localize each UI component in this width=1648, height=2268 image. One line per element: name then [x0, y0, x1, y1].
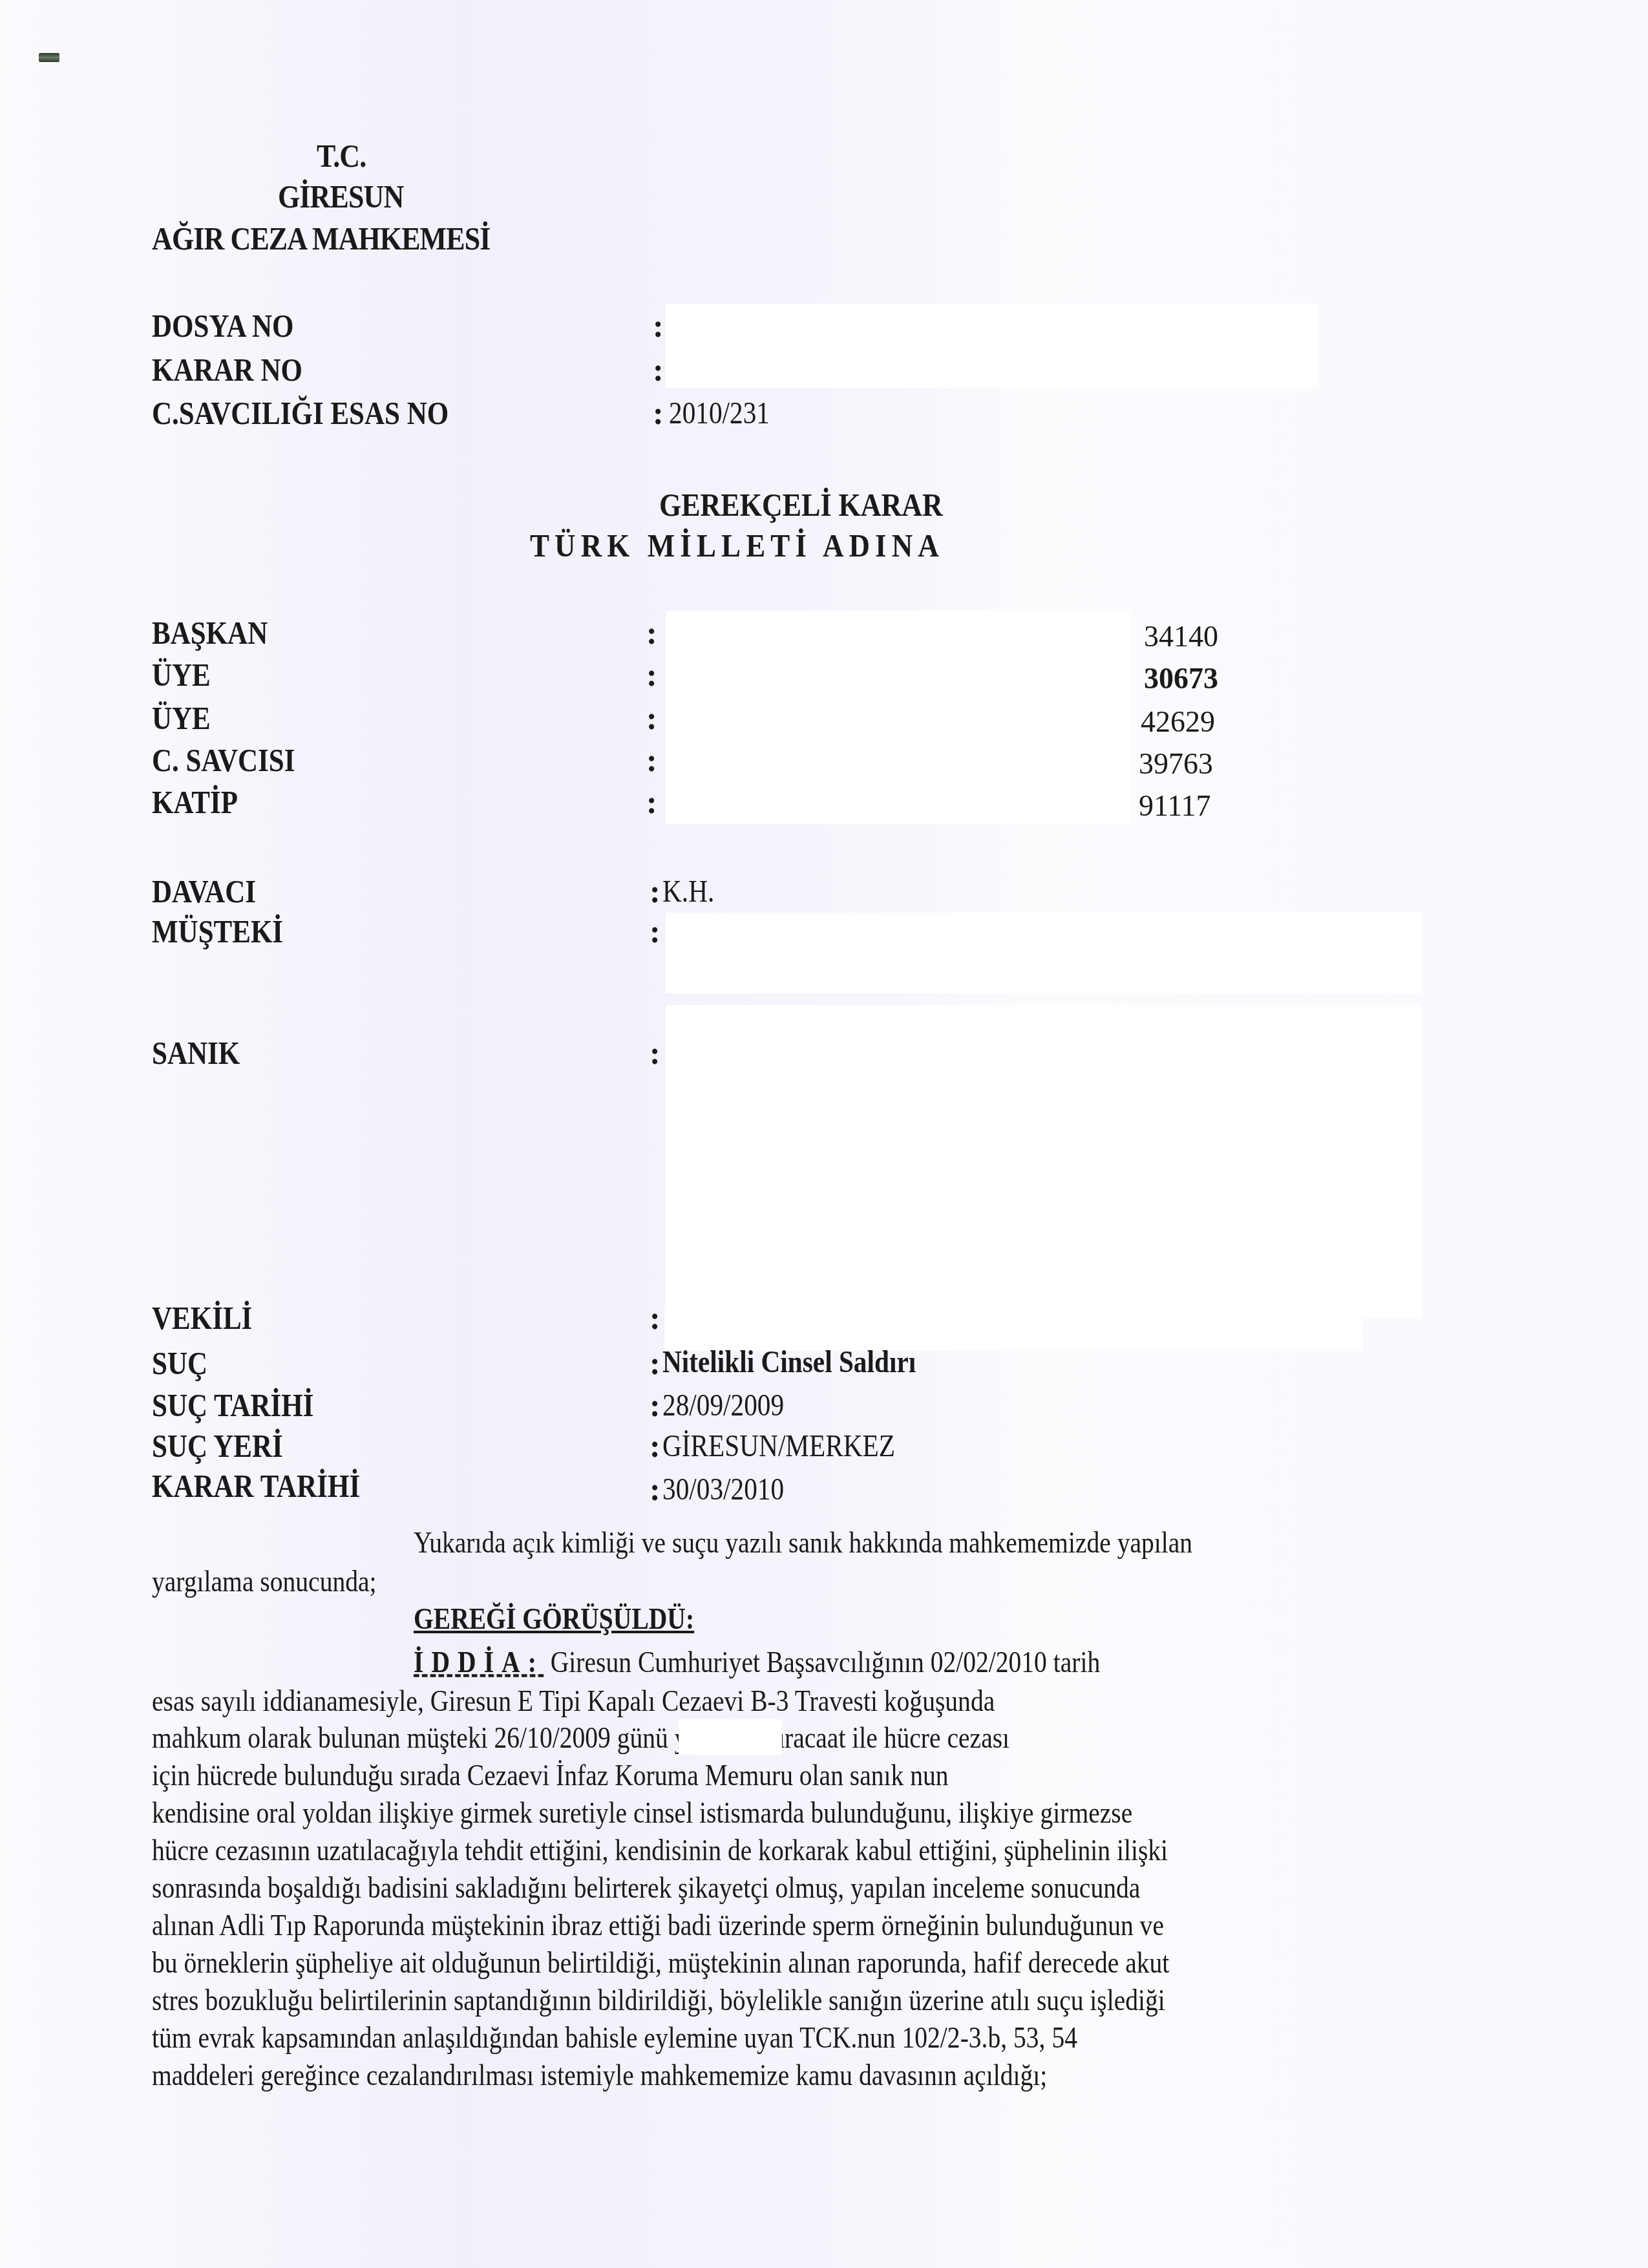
redaction-box-sanik	[666, 1005, 1422, 1319]
intro-line: yargılama sonucunda;	[152, 1564, 1263, 1598]
document-subtitle: TÜRK MİLLETİ ADINA	[530, 527, 944, 564]
colon: :	[650, 1427, 660, 1465]
panel-sicil: 30673	[1144, 661, 1218, 695]
body-line: bu örneklerin şüpheliye ait olduğunun be…	[152, 1945, 1263, 1980]
body-line: için hücrede bulunduğu sırada Cezaevi İn…	[152, 1758, 1263, 1792]
file-label-dosya: DOSYA NO	[152, 307, 293, 344]
panel-role: C. SAVCISI	[152, 741, 295, 779]
colon: :	[650, 1299, 660, 1337]
section-heading-text: GEREĞİ GÖRÜŞÜLDÜ:	[414, 1602, 694, 1635]
staple-mark	[39, 53, 59, 62]
intro-line: Yukarıda açık kimliği ve suçu yazılı san…	[414, 1525, 1525, 1560]
body-line: sonrasında boşaldığı badisini sakladığın…	[152, 1871, 1263, 1905]
party-value-davaci: K.H.	[662, 874, 714, 909]
case-value-suc-tarihi: 28/09/2009	[662, 1388, 784, 1423]
section-heading: GEREĞİ GÖRÜŞÜLDÜ:	[414, 1602, 1525, 1636]
colon: :	[650, 1034, 660, 1072]
iddia-first-text: Giresun Cumhuriyet Başsavcılığının 02/02…	[551, 1646, 1100, 1679]
panel-role: BAŞKAN	[152, 614, 268, 652]
case-label-karar-tarihi: KARAR TARİHİ	[152, 1467, 360, 1505]
case-label-suc-yeri: SUÇ YERİ	[152, 1427, 283, 1465]
panel-sicil: 91117	[1139, 789, 1211, 823]
case-label-suc-tarihi: SUÇ TARİHİ	[152, 1386, 314, 1424]
colon: :	[653, 307, 664, 344]
colon: :	[653, 351, 664, 388]
party-label-vekili: VEKİLİ	[152, 1299, 252, 1337]
colon: :	[650, 1386, 660, 1424]
document-title: GEREKÇELİ KARAR	[659, 486, 943, 524]
panel-sicil: 42629	[1141, 705, 1215, 739]
body-line: kendisine oral yoldan ilişkiye girmek su…	[152, 1796, 1263, 1830]
colon: :	[646, 656, 657, 694]
party-label-sanik: SANIK	[152, 1034, 240, 1072]
iddia-label: İDDİA:	[414, 1646, 544, 1679]
iddia-first-line: İDDİA: Giresun Cumhuriyet Başsavcılığını…	[414, 1645, 1525, 1679]
colon: :	[650, 1470, 660, 1508]
redaction-box-inline	[679, 1719, 782, 1755]
redaction-box	[666, 611, 1131, 824]
colon: :	[650, 873, 660, 910]
case-value-suc-yeri: GİRESUN/MERKEZ	[662, 1428, 895, 1464]
colon: :	[646, 741, 657, 779]
header-country: T.C.	[317, 137, 366, 175]
header-city: GİRESUN	[278, 178, 403, 215]
panel-role: ÜYE	[152, 656, 211, 694]
colon: :	[646, 783, 657, 821]
case-value-suc: Nitelikli Cinsel Saldırı	[662, 1344, 916, 1380]
body-line: alınan Adli Tıp Raporunda müştekinin ibr…	[152, 1908, 1263, 1942]
panel-role: KATİP	[152, 783, 238, 821]
file-value-savcilik: 2010/231	[669, 396, 770, 431]
body-line: esas sayılı iddianamesiyle, Giresun E Ti…	[152, 1684, 1263, 1718]
colon: :	[646, 614, 657, 652]
case-value-karar-tarihi: 30/03/2010	[662, 1472, 784, 1507]
body-line: hücre cezasının uzatılacağıyla tehdit et…	[152, 1833, 1263, 1867]
body-line: tüm evrak kapsamından anlaşıldığından ba…	[152, 2020, 1263, 2055]
case-label-suc: SUÇ	[152, 1344, 207, 1382]
panel-role: ÜYE	[152, 699, 211, 737]
colon: :	[650, 913, 660, 950]
body-line: maddeleri gereğince cezalandırılması ist…	[152, 2058, 1263, 2092]
colon: :	[646, 699, 657, 737]
redaction-box-musteki	[666, 913, 1422, 993]
body-line: stres bozukluğu belirtilerinin saptandığ…	[152, 1983, 1263, 2017]
redaction-box	[666, 304, 1318, 388]
panel-sicil: 39763	[1139, 747, 1213, 781]
party-label-musteki: MÜŞTEKİ	[152, 913, 283, 950]
party-label-davaci: DAVACI	[152, 873, 256, 910]
panel-sicil: 34140	[1144, 619, 1218, 653]
header-court: AĞIR CEZA MAHKEMESİ	[152, 220, 491, 257]
file-label-karar: KARAR NO	[152, 351, 302, 388]
file-label-savcilik: C.SAVCILIĞI ESAS NO	[152, 394, 449, 432]
colon: :	[653, 394, 664, 432]
colon: :	[650, 1344, 660, 1382]
